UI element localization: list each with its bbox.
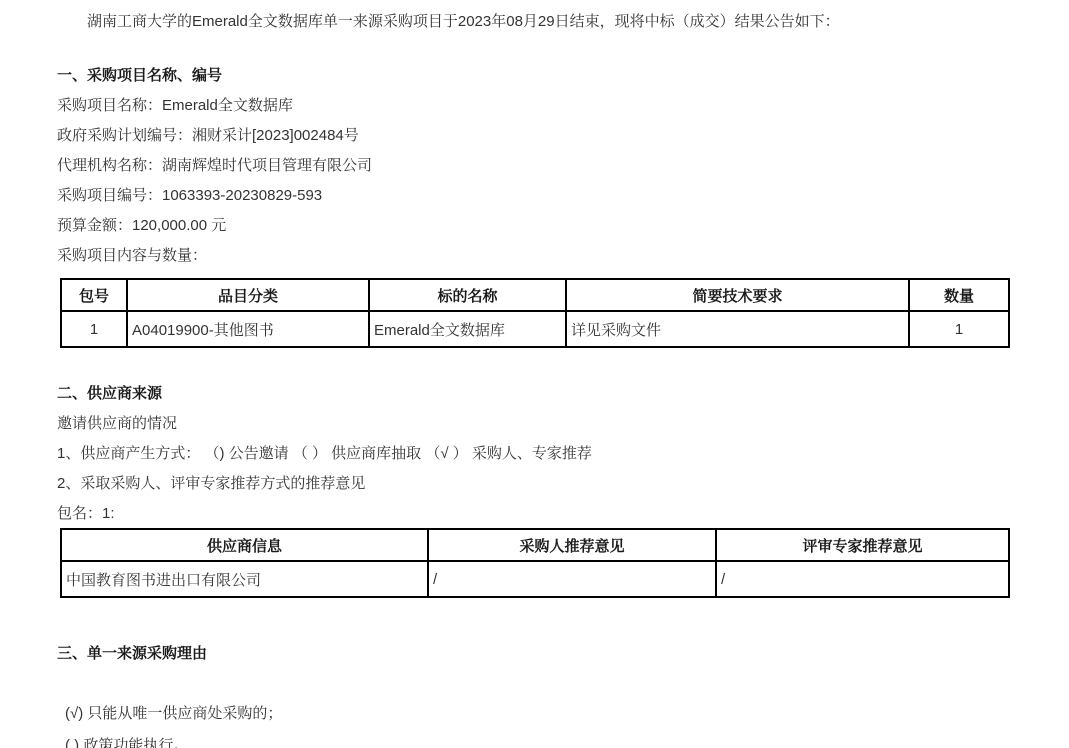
- package-name-line: 包名：1:: [57, 506, 1069, 522]
- items-cell-quantity: 1: [909, 311, 1009, 347]
- section2-heading: 二、供应商来源: [57, 386, 1069, 402]
- items-cell-category: A04019900-其他图书: [127, 311, 369, 347]
- document: 湖南工商大学的Emerald全文数据库单一来源采购项目于2023年08月29日结…: [0, 0, 1069, 748]
- items-header-quantity: 数量: [909, 279, 1009, 311]
- budget-line: 预算金额：120,000.00 元: [57, 218, 1069, 234]
- supplier-method-line: 1、供应商产生方式： （) 公告邀请 （ ） 供应商库抽取 （√ ） 采购人、专…: [57, 446, 1069, 462]
- intro-paragraph: 湖南工商大学的Emerald全文数据库单一来源采购项目于2023年08月29日结…: [57, 14, 1069, 30]
- suppliers-cell-expert-opinion: /: [716, 561, 1009, 597]
- items-header-package: 包号: [61, 279, 127, 311]
- items-header-subject: 标的名称: [369, 279, 566, 311]
- suppliers-cell-info: 中国教育图书进出口有限公司: [61, 561, 428, 597]
- agency-name-line: 代理机构名称：湖南辉煌时代项目管理有限公司: [57, 158, 1069, 174]
- project-name-line: 采购项目名称：Emerald全文数据库: [57, 98, 1069, 114]
- recommend-opinion-line: 2、采取采购人、评审专家推荐方式的推荐意见: [57, 476, 1069, 492]
- items-cell-subject: Emerald全文数据库: [369, 311, 566, 347]
- reason-sole-supplier-line: (√) 只能从唯一供应商处采购的；: [57, 706, 1069, 722]
- items-table: 包号 品目分类 标的名称 简要技术要求 数量 1 A04019900-其他图书 …: [60, 278, 1010, 348]
- suppliers-header-expert-opinion: 评审专家推荐意见: [716, 529, 1009, 561]
- suppliers-header-info: 供应商信息: [61, 529, 428, 561]
- items-cell-package: 1: [61, 311, 127, 347]
- suppliers-table-header-row: 供应商信息 采购人推荐意见 评审专家推荐意见: [61, 529, 1009, 561]
- content-quantity-label: 采购项目内容与数量：: [57, 248, 1069, 264]
- invite-status-line: 邀请供应商的情况: [57, 416, 1069, 432]
- suppliers-table-row: 中国教育图书进出口有限公司 / /: [61, 561, 1009, 597]
- suppliers-cell-purchaser-opinion: /: [428, 561, 716, 597]
- items-cell-requirements: 详见采购文件: [566, 311, 909, 347]
- section3-heading: 三、单一来源采购理由: [57, 646, 1069, 662]
- reason-policy-line: ( ) 政策功能执行。: [57, 738, 1069, 748]
- section1-heading: 一、采购项目名称、编号: [57, 68, 1069, 84]
- suppliers-header-purchaser-opinion: 采购人推荐意见: [428, 529, 716, 561]
- items-header-requirements: 简要技术要求: [566, 279, 909, 311]
- items-table-row: 1 A04019900-其他图书 Emerald全文数据库 详见采购文件 1: [61, 311, 1009, 347]
- items-table-header-row: 包号 品目分类 标的名称 简要技术要求 数量: [61, 279, 1009, 311]
- suppliers-table: 供应商信息 采购人推荐意见 评审专家推荐意见 中国教育图书进出口有限公司 / /: [60, 528, 1010, 598]
- project-number-line: 采购项目编号：1063393-20230829-593: [57, 188, 1069, 204]
- plan-number-line: 政府采购计划编号：湘财采计[2023]002484号: [57, 128, 1069, 144]
- items-header-category: 品目分类: [127, 279, 369, 311]
